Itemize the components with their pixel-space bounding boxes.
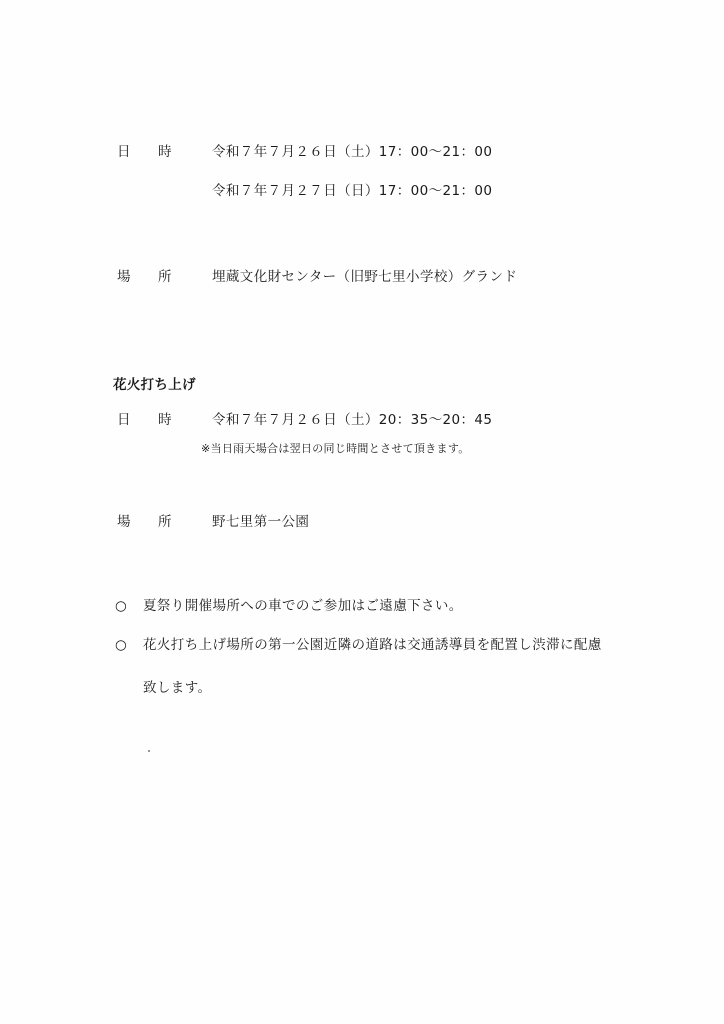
notice-text: 夏祭り開催場所への車でのご参加はご遠慮下さい。 [143, 598, 463, 614]
fireworks-place-value: 野七里第一公園 [212, 514, 309, 530]
fireworks-datetime-label-char2: 時 [158, 412, 172, 428]
festival-datetime-line-1: 令和７年７月２６日（土）17：00〜21：00 [212, 144, 492, 160]
festival-place-value: 埋蔵文化財センター（旧野七里小学校）グランド [212, 269, 517, 285]
place-label-char2: 所 [158, 269, 172, 285]
place-label-char1: 場 [117, 269, 131, 285]
datetime-label-char1: 日 [117, 144, 131, 160]
fireworks-place-label-char2: 所 [158, 514, 172, 530]
fireworks-heading: 花火打ち上げ [113, 377, 196, 393]
notice-text-continued: 致します。 [143, 680, 211, 696]
scan-speck [148, 750, 150, 752]
circle-bullet-icon: ○ [115, 598, 127, 614]
document-page: 日 時 令和７年７月２６日（土）17：00〜21：00 令和７年７月２７日（日）… [0, 0, 724, 1024]
datetime-label-char2: 時 [158, 144, 172, 160]
fireworks-place-label-char1: 場 [117, 514, 131, 530]
fireworks-rain-note: ※当日雨天場合は翌日の同じ時間とさせて頂きます。 [201, 442, 470, 456]
circle-bullet-icon: ○ [115, 637, 127, 653]
festival-datetime-line-2: 令和７年７月２７日（日）17：00〜21：00 [212, 183, 492, 199]
notice-text: 花火打ち上げ場所の第一公園近隣の道路は交通誘導員を配置し渋滞に配慮 [143, 637, 602, 653]
fireworks-datetime-value: 令和７年７月２６日（土）20：35〜20：45 [212, 412, 492, 428]
fireworks-datetime-label-char1: 日 [117, 412, 131, 428]
